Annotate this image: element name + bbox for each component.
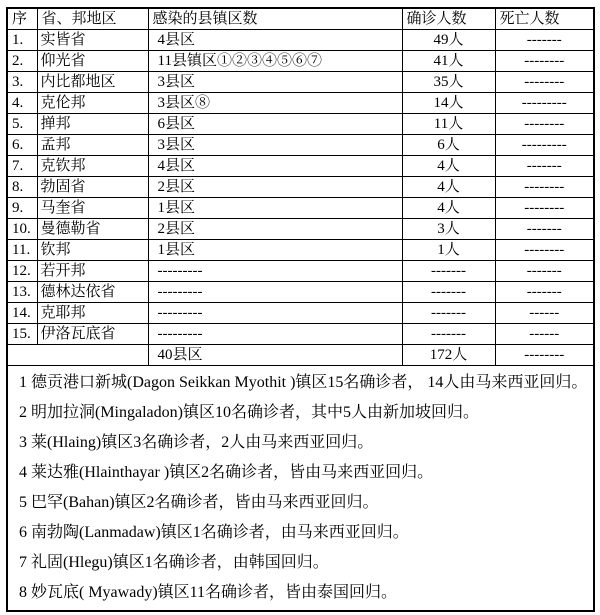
confirmed-count-cell: 14人	[402, 93, 495, 114]
row-number-cell: 10.	[7, 219, 37, 240]
footnote-line: 2 明加拉洞(Mingaladon)镇区10名确诊者，其中5人由新加坡回归。	[19, 398, 589, 428]
region-name-cell: 勃固省	[37, 177, 148, 198]
table-row: 11.钦邦1县区1人--------	[7, 240, 594, 261]
districts-count-cell: 3县区	[148, 135, 402, 156]
region-name-cell: 曼德勒省	[37, 219, 148, 240]
region-name-cell: 仰光省	[37, 51, 148, 72]
confirmed-count-cell: 4人	[402, 177, 495, 198]
districts-count-cell: 4县区	[148, 30, 402, 51]
document-page: 序 省、邦地区 感染的县镇区数 确诊人数 死亡人数 1.实皆省4县区49人---…	[0, 0, 600, 615]
covid-cases-table: 序 省、邦地区 感染的县镇区数 确诊人数 死亡人数 1.实皆省4县区49人---…	[6, 7, 595, 612]
confirmed-count-cell: -------	[402, 261, 495, 282]
region-name-cell: 克伦邦	[37, 93, 148, 114]
deaths-count-cell: --------	[495, 198, 594, 219]
districts-count-cell: ---------	[148, 282, 402, 303]
total-districts-cell: 40县区	[148, 345, 402, 366]
table-row: 12.若开邦-----------------------	[7, 261, 594, 282]
table-row: 6.孟邦3县区6人---------	[7, 135, 594, 156]
notes-row: 1 德贡港口新城(Dagon Seikkan Myothit )镇区15名确诊者…	[7, 366, 594, 612]
row-number-cell: 15.	[7, 324, 37, 345]
districts-count-cell: 11县镇区①②③④⑤⑥⑦	[148, 51, 402, 72]
confirmed-count-cell: 49人	[402, 30, 495, 51]
footnote-line: 8 妙瓦底( Myawady)镇区11名确诊者，皆由泰国回归。	[19, 578, 589, 608]
region-name-cell: 掸邦	[37, 114, 148, 135]
districts-count-cell: 1县区	[148, 240, 402, 261]
table-body: 1.实皆省4县区49人-------2.仰光省11县镇区①②③④⑤⑥⑦41人--…	[7, 30, 594, 612]
total-confirmed-cell: 172人	[402, 345, 495, 366]
confirmed-count-cell: 4人	[402, 156, 495, 177]
notes-cell: 1 德贡港口新城(Dagon Seikkan Myothit )镇区15名确诊者…	[7, 366, 594, 612]
row-number-cell: 7.	[7, 156, 37, 177]
region-name-cell: 孟邦	[37, 135, 148, 156]
table-row: 2.仰光省11县镇区①②③④⑤⑥⑦41人--------	[7, 51, 594, 72]
region-name-cell: 钦邦	[37, 240, 148, 261]
deaths-count-cell: ---------	[495, 93, 594, 114]
total-deaths-cell: --------	[495, 345, 594, 366]
total-row: 40县区172人--------	[7, 345, 594, 366]
row-number-cell: 11.	[7, 240, 37, 261]
confirmed-count-cell: 41人	[402, 51, 495, 72]
deaths-count-cell: ---------	[495, 135, 594, 156]
header-districts: 感染的县镇区数	[148, 8, 402, 30]
footnote-line: 1 德贡港口新城(Dagon Seikkan Myothit )镇区15名确诊者…	[19, 368, 589, 398]
deaths-count-cell: --------	[495, 240, 594, 261]
deaths-count-cell: ------	[495, 324, 594, 345]
row-number-cell: 2.	[7, 51, 37, 72]
districts-count-cell: ---------	[148, 261, 402, 282]
region-name-cell: 克钦邦	[37, 156, 148, 177]
deaths-count-cell: --------	[495, 177, 594, 198]
region-name-cell: 内比都地区	[37, 72, 148, 93]
footnote-line: 5 巴罕(Bahan)镇区2名确诊者，皆由马来西亚回归。	[19, 488, 589, 518]
row-number-cell: 5.	[7, 114, 37, 135]
row-number-cell: 3.	[7, 72, 37, 93]
table-row: 1.实皆省4县区49人-------	[7, 30, 594, 51]
row-number-cell: 14.	[7, 303, 37, 324]
confirmed-count-cell: -------	[402, 324, 495, 345]
districts-count-cell: 3县区	[148, 72, 402, 93]
region-name-cell: 马奎省	[37, 198, 148, 219]
deaths-count-cell: -------	[495, 156, 594, 177]
districts-count-cell: 2县区	[148, 219, 402, 240]
total-label-cell	[7, 345, 148, 366]
deaths-count-cell: --------	[495, 72, 594, 93]
confirmed-count-cell: 4人	[402, 198, 495, 219]
footnote-line: 7 礼固(Hlegu)镇区1名确诊者，由韩国回归。	[19, 548, 589, 578]
row-number-cell: 9.	[7, 198, 37, 219]
row-number-cell: 13.	[7, 282, 37, 303]
table-row: 8.勃固省2县区4人--------	[7, 177, 594, 198]
districts-count-cell: 3县区⑧	[148, 93, 402, 114]
table-row: 13.德林达依省-----------------------	[7, 282, 594, 303]
confirmed-count-cell: 6人	[402, 135, 495, 156]
confirmed-count-cell: -------	[402, 303, 495, 324]
footnote-line: 6 南勃陶(Lanmadaw)镇区1名确诊者，由马来西亚回归。	[19, 518, 589, 548]
table-header-row: 序 省、邦地区 感染的县镇区数 确诊人数 死亡人数	[7, 8, 594, 30]
table-row: 3.内比都地区3县区35人--------	[7, 72, 594, 93]
row-number-cell: 6.	[7, 135, 37, 156]
districts-count-cell: 2县区	[148, 177, 402, 198]
row-number-cell: 1.	[7, 30, 37, 51]
deaths-count-cell: -------	[495, 30, 594, 51]
deaths-count-cell: ------	[495, 303, 594, 324]
table-row: 7.克钦邦4县区4人-------	[7, 156, 594, 177]
districts-count-cell: 1县区	[148, 198, 402, 219]
deaths-count-cell: --------	[495, 51, 594, 72]
confirmed-count-cell: 3人	[402, 219, 495, 240]
footnote-line: 4 莱达雅(Hlainthayar )镇区2名确诊者，皆由马来西亚回归。	[19, 458, 589, 488]
table-row: 4.克伦邦3县区⑧14人---------	[7, 93, 594, 114]
deaths-count-cell: -------	[495, 261, 594, 282]
table-row: 5.掸邦6县区11人--------	[7, 114, 594, 135]
districts-count-cell: ---------	[148, 303, 402, 324]
region-name-cell: 伊洛瓦底省	[37, 324, 148, 345]
row-number-cell: 12.	[7, 261, 37, 282]
districts-count-cell: ---------	[148, 324, 402, 345]
header-region: 省、邦地区	[37, 8, 148, 30]
table-row: 9.马奎省1县区4人--------	[7, 198, 594, 219]
table-row: 15.伊洛瓦底省----------------------	[7, 324, 594, 345]
deaths-count-cell: -------	[495, 219, 594, 240]
districts-count-cell: 4县区	[148, 156, 402, 177]
header-deaths: 死亡人数	[495, 8, 594, 30]
confirmed-count-cell: -------	[402, 282, 495, 303]
footnote-line: 3 莱(Hlaing)镇区3名确诊者，2人由马来西亚回归。	[19, 428, 589, 458]
row-number-cell: 8.	[7, 177, 37, 198]
region-name-cell: 克耶邦	[37, 303, 148, 324]
region-name-cell: 若开邦	[37, 261, 148, 282]
region-name-cell: 德林达依省	[37, 282, 148, 303]
region-name-cell: 实皆省	[37, 30, 148, 51]
deaths-count-cell: -------	[495, 282, 594, 303]
header-confirmed: 确诊人数	[402, 8, 495, 30]
confirmed-count-cell: 1人	[402, 240, 495, 261]
confirmed-count-cell: 11人	[402, 114, 495, 135]
table-row: 10.曼德勒省2县区3人-------	[7, 219, 594, 240]
deaths-count-cell: --------	[495, 114, 594, 135]
row-number-cell: 4.	[7, 93, 37, 114]
table-row: 14.克耶邦----------------------	[7, 303, 594, 324]
header-seq: 序	[7, 8, 37, 30]
confirmed-count-cell: 35人	[402, 72, 495, 93]
districts-count-cell: 6县区	[148, 114, 402, 135]
